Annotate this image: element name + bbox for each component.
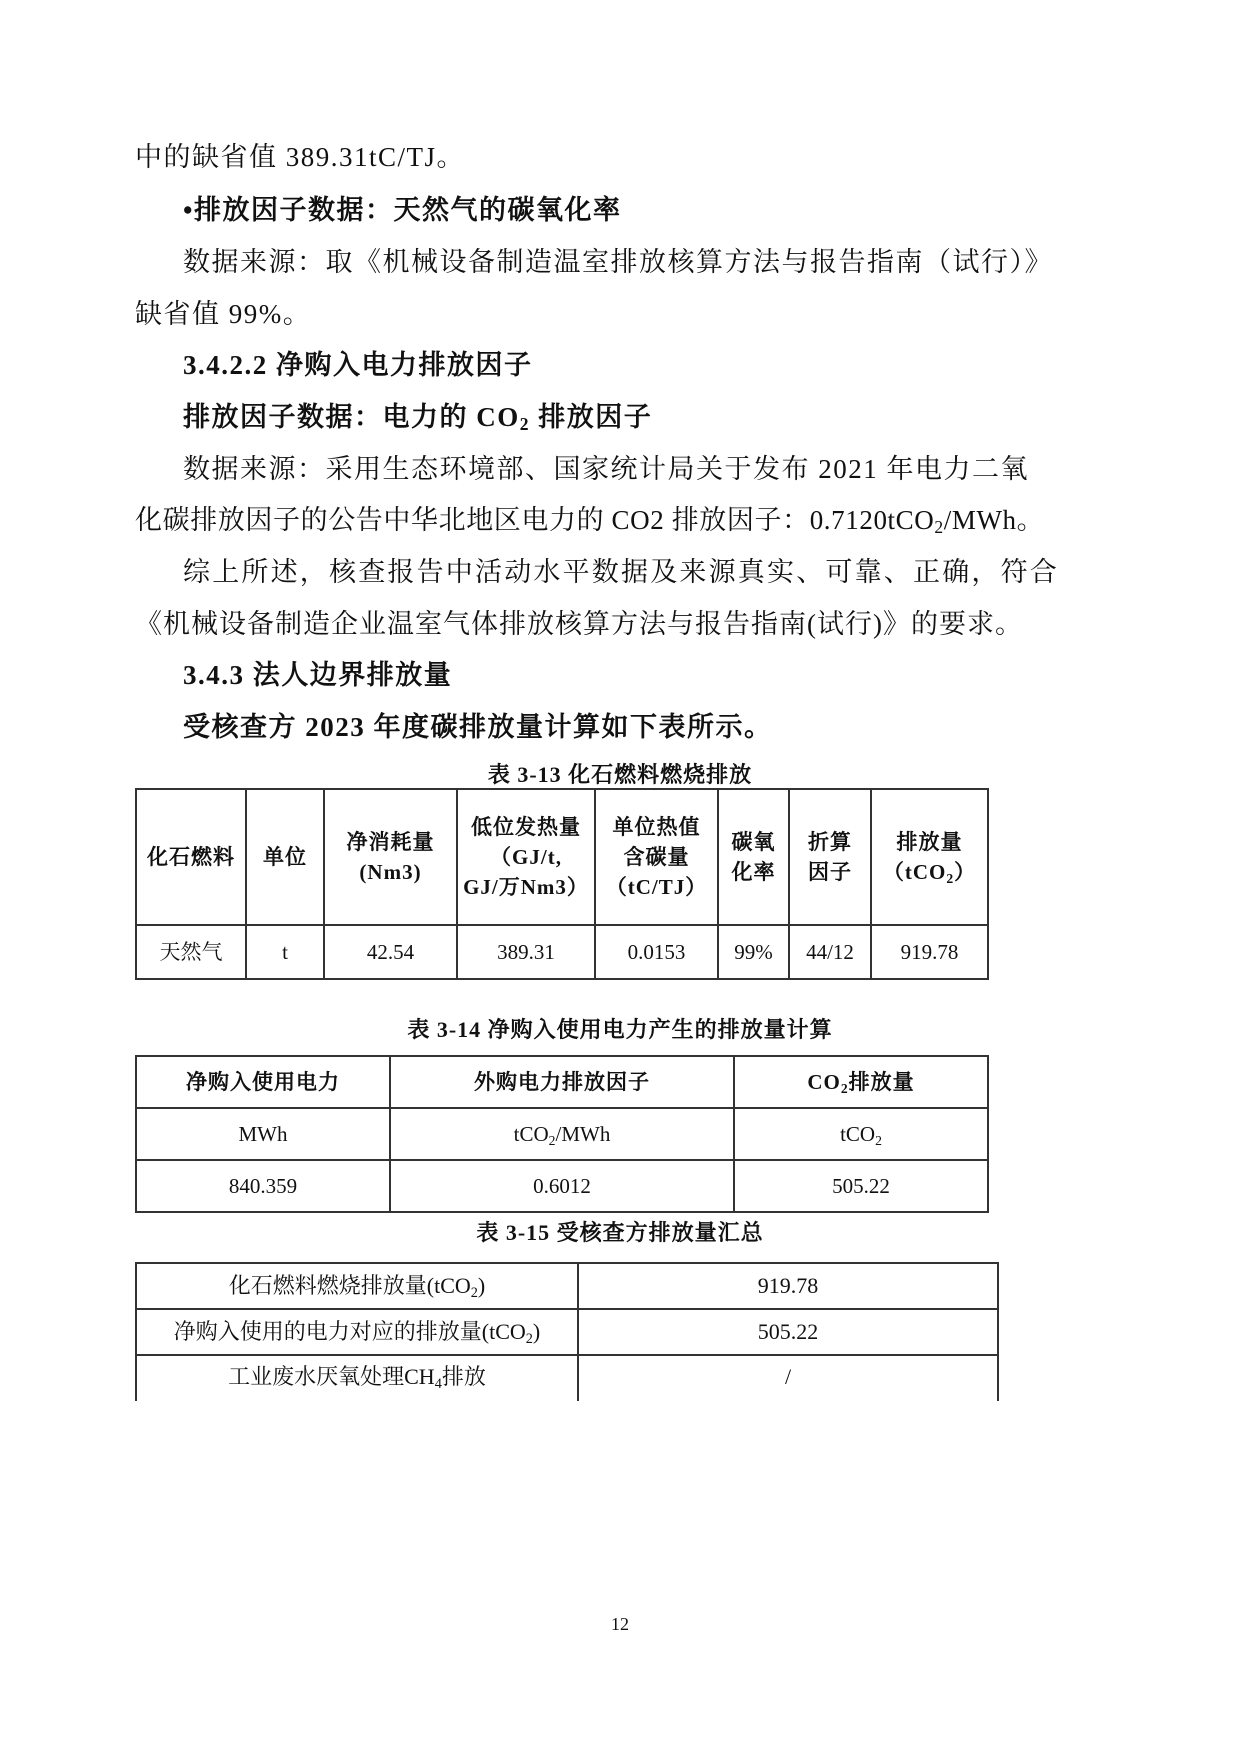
text: ) bbox=[478, 1273, 485, 1298]
subscript: 2 bbox=[875, 1133, 882, 1148]
value-wastewater-ch4: / bbox=[578, 1355, 998, 1401]
label-fossil-fuel-emissions: 化石燃料燃烧排放量(tCO2) bbox=[136, 1263, 578, 1309]
text: 净消耗量 bbox=[329, 827, 452, 857]
label-electricity-emissions: 净购入使用的电力对应的排放量(tCO2) bbox=[136, 1309, 578, 1355]
cell-carbon-content: 0.0153 bbox=[595, 925, 718, 979]
text: 折算 bbox=[794, 827, 866, 857]
text: 排放量 bbox=[876, 827, 983, 857]
table-units-row: MWh tCO2/MWh tCO2 bbox=[136, 1108, 988, 1160]
header-emissions: 排放量（tCO2） bbox=[871, 789, 988, 925]
header-unit: 单位 bbox=[246, 789, 324, 925]
subscript: 2 bbox=[520, 414, 530, 434]
text: 排放因子 bbox=[530, 402, 652, 432]
table-3-14: 净购入使用电力 外购电力排放因子 CO2排放量 MWh tCO2/MWh tCO… bbox=[135, 1055, 989, 1213]
header-co2-emissions: CO2排放量 bbox=[734, 1056, 988, 1108]
cell-ncv: 389.31 bbox=[457, 925, 595, 979]
subheading-co2-factor: 排放因子数据：电力的 CO2 排放因子 bbox=[183, 400, 652, 434]
text: 排放量 bbox=[849, 1070, 915, 1094]
text: /MWh。 bbox=[944, 505, 1045, 535]
text: GJ/万Nm3） bbox=[462, 872, 590, 902]
body-line-8: 化碳排放因子的公告中华北地区电力的 CO2 排放因子：0.7120tCO2/MW… bbox=[135, 503, 1044, 537]
header-oxidation-rate: 碳氧化率 bbox=[718, 789, 789, 925]
text: ） bbox=[954, 860, 976, 884]
table-3-13: 化石燃料 单位 净消耗量(Nm3) 低位发热量（GJ/t,GJ/万Nm3） 单位… bbox=[135, 788, 989, 980]
table-header-row: 化石燃料 单位 净消耗量(Nm3) 低位发热量（GJ/t,GJ/万Nm3） 单位… bbox=[136, 789, 988, 925]
unit-emission-factor: tCO2/MWh bbox=[390, 1108, 734, 1160]
body-line-1: 中的缺省值 389.31tC/TJ。 bbox=[135, 140, 465, 174]
header-emission-factor: 外购电力排放因子 bbox=[390, 1056, 734, 1108]
text: 化率 bbox=[723, 857, 784, 887]
section-heading-3-4-2-2: 3.4.2.2 净购入电力排放因子 bbox=[183, 348, 533, 382]
label-wastewater-ch4: 工业废水厌氧处理CH4排放 bbox=[136, 1355, 578, 1401]
cell-consumption: 42.54 bbox=[324, 925, 457, 979]
body-line-3: 数据来源：取《机械设备制造温室排放核算方法与报告指南（试行）》 bbox=[183, 245, 1053, 279]
text: 含碳量 bbox=[600, 842, 713, 872]
unit-purchased-power: MWh bbox=[136, 1108, 390, 1160]
cell-oxidation-rate: 99% bbox=[718, 925, 789, 979]
text: CO bbox=[807, 1070, 841, 1094]
table-3-15: 化石燃料燃烧排放量(tCO2) 919.78 净购入使用的电力对应的排放量(tC… bbox=[135, 1262, 999, 1401]
table-row: 工业废水厌氧处理CH4排放 / bbox=[136, 1355, 998, 1401]
subscript: 2 bbox=[526, 1331, 533, 1347]
cell-emissions: 919.78 bbox=[871, 925, 988, 979]
value-purchased-power: 840.359 bbox=[136, 1160, 390, 1212]
text: 因子 bbox=[794, 857, 866, 887]
cell-conversion-factor: 44/12 bbox=[789, 925, 871, 979]
table-row: 840.359 0.6012 505.22 bbox=[136, 1160, 988, 1212]
value-electricity-emissions: 505.22 bbox=[578, 1309, 998, 1355]
body-line-10: 《机械设备制造企业温室气体排放核算方法与报告指南(试行)》的要求。 bbox=[135, 607, 1023, 641]
table-row: 天然气 t 42.54 389.31 0.0153 99% 44/12 919.… bbox=[136, 925, 988, 979]
intro-sentence: 受核查方 2023 年度碳排放量计算如下表所示。 bbox=[183, 710, 773, 744]
header-carbon-content: 单位热值含碳量（tC/TJ） bbox=[595, 789, 718, 925]
header-fuel: 化石燃料 bbox=[136, 789, 246, 925]
subscript: 4 bbox=[435, 1376, 442, 1392]
header-purchased-power: 净购入使用电力 bbox=[136, 1056, 390, 1108]
body-line-4: 缺省值 99%。 bbox=[135, 297, 311, 331]
value-co2-emissions: 505.22 bbox=[734, 1160, 988, 1212]
subscript: 2 bbox=[471, 1285, 478, 1301]
text: 工业废水厌氧处理CH bbox=[228, 1364, 435, 1389]
subscript: 2 bbox=[934, 517, 943, 537]
text: ) bbox=[533, 1319, 540, 1344]
text: （GJ/t, bbox=[462, 842, 590, 872]
text: tCO bbox=[840, 1122, 875, 1146]
text: 碳氧 bbox=[723, 827, 784, 857]
header-conversion-factor: 折算因子 bbox=[789, 789, 871, 925]
text: 净购入使用的电力对应的排放量(tCO bbox=[174, 1319, 526, 1344]
table-row: 净购入使用的电力对应的排放量(tCO2) 505.22 bbox=[136, 1309, 998, 1355]
text: (Nm3) bbox=[329, 857, 452, 887]
text: /MWh bbox=[556, 1122, 611, 1146]
subscript: 2 bbox=[841, 1081, 849, 1096]
text: （tCO2） bbox=[876, 857, 983, 887]
cell-fuel: 天然气 bbox=[136, 925, 246, 979]
table-3-14-caption: 表 3-14 净购入使用电力产生的排放量计算 bbox=[0, 1015, 1240, 1045]
subscript: 2 bbox=[946, 871, 954, 886]
text: （tCO bbox=[883, 860, 947, 884]
value-fossil-fuel-emissions: 919.78 bbox=[578, 1263, 998, 1309]
unit-co2-emissions: tCO2 bbox=[734, 1108, 988, 1160]
body-line-9: 综上所述，核查报告中活动水平数据及来源真实、可靠、正确，符合 bbox=[183, 555, 1059, 589]
text: （tC/TJ） bbox=[600, 872, 713, 902]
text: 低位发热量 bbox=[462, 812, 590, 842]
subscript: 2 bbox=[549, 1133, 556, 1148]
text: tCO bbox=[514, 1122, 549, 1146]
table-3-13-caption: 表 3-13 化石燃料燃烧排放 bbox=[0, 760, 1240, 790]
body-line-7: 数据来源：采用生态环境部、国家统计局关于发布 2021 年电力二氧 bbox=[183, 452, 1029, 486]
header-ncv: 低位发热量（GJ/t,GJ/万Nm3） bbox=[457, 789, 595, 925]
table-row: 化石燃料燃烧排放量(tCO2) 919.78 bbox=[136, 1263, 998, 1309]
table-header-row: 净购入使用电力 外购电力排放因子 CO2排放量 bbox=[136, 1056, 988, 1108]
table-3-15-caption: 表 3-15 受核查方排放量汇总 bbox=[0, 1218, 1240, 1248]
header-consumption: 净消耗量(Nm3) bbox=[324, 789, 457, 925]
text: 排放因子数据：电力的 CO bbox=[183, 402, 520, 432]
text: 化石燃料燃烧排放量(tCO bbox=[229, 1273, 471, 1298]
bullet-heading-oxidation: •排放因子数据：天然气的碳氧化率 bbox=[183, 193, 621, 227]
cell-unit: t bbox=[246, 925, 324, 979]
value-emission-factor: 0.6012 bbox=[390, 1160, 734, 1212]
text: 排放 bbox=[442, 1364, 486, 1389]
text: 单位热值 bbox=[600, 812, 713, 842]
page-number: 12 bbox=[0, 1614, 1240, 1635]
section-heading-3-4-3: 3.4.3 法人边界排放量 bbox=[183, 658, 452, 692]
text: 化碳排放因子的公告中华北地区电力的 CO2 排放因子：0.7120tCO bbox=[135, 505, 934, 535]
